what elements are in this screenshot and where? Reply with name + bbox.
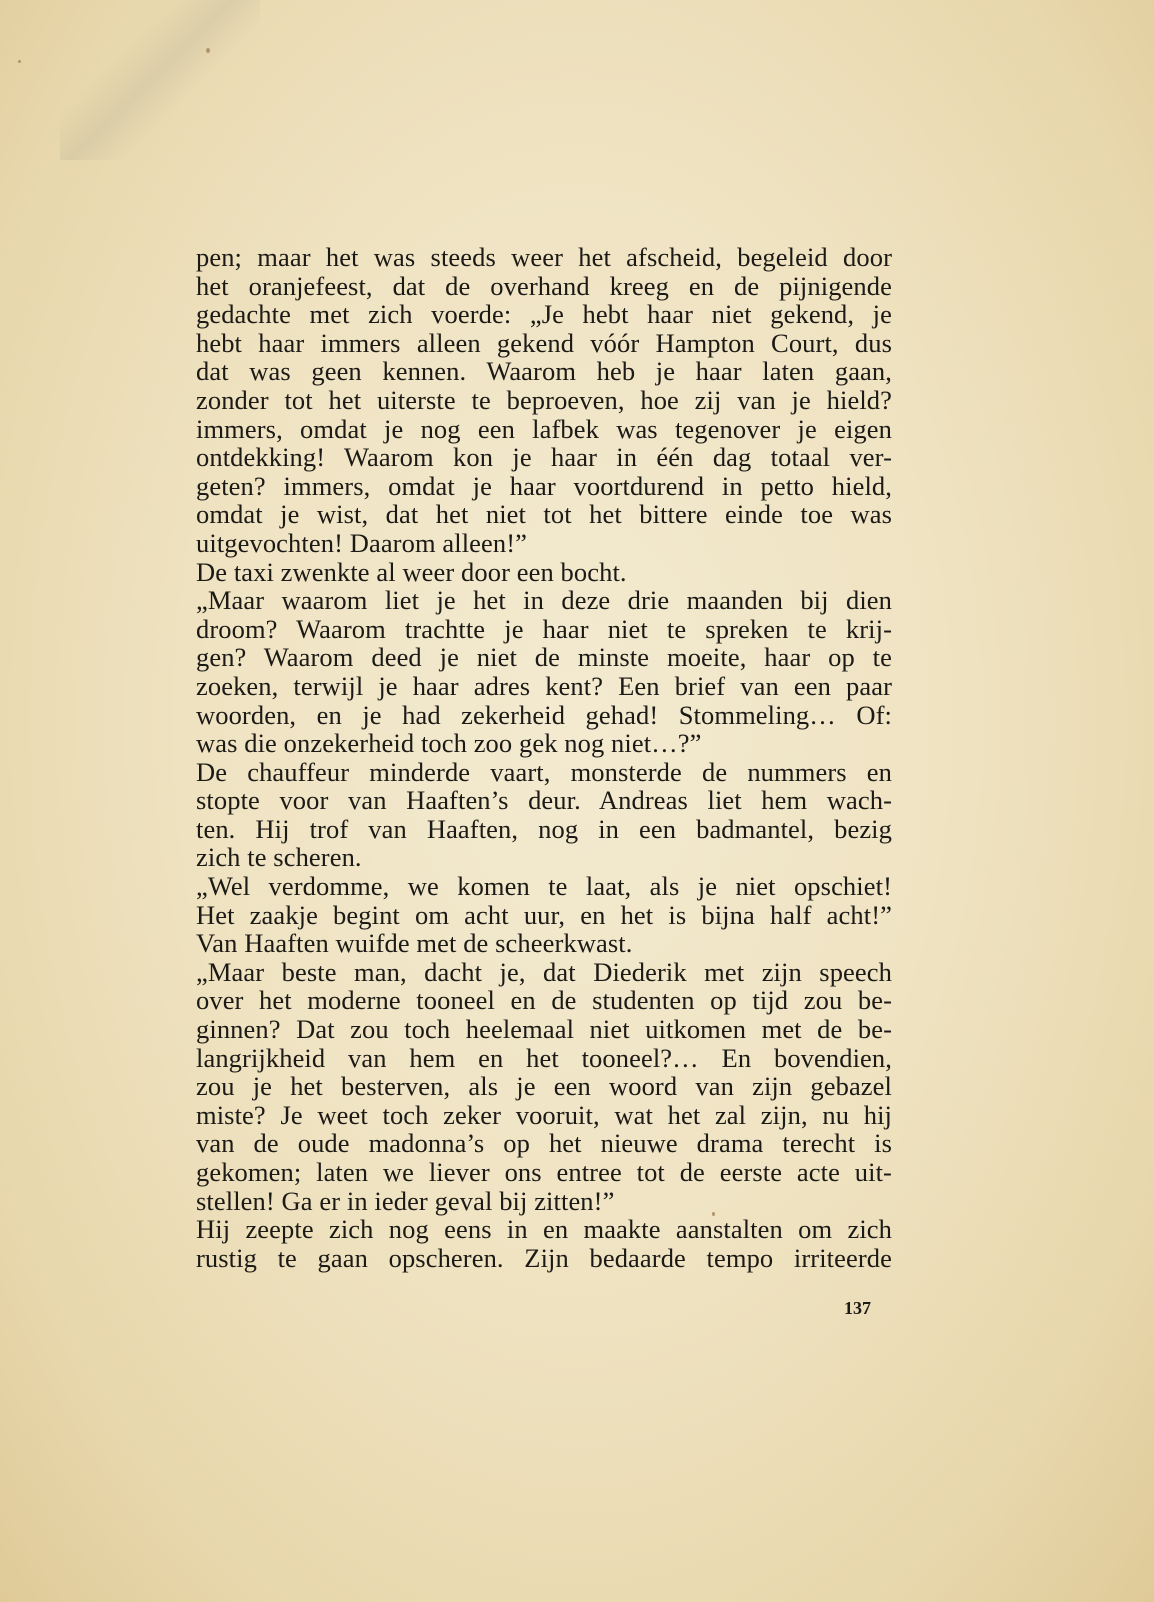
text-line: pen; maar het was steeds weer het afsche… xyxy=(196,243,892,272)
text-line: was die onzekerheid toch zoo gek nog nie… xyxy=(196,729,892,758)
text-line: ginnen? Dat zou toch heelemaal niet uitk… xyxy=(196,1015,892,1044)
text-line: dat was geen kennen. Waarom heb je haar … xyxy=(196,357,892,386)
text-line: ontdekking! Waarom kon je haar in één da… xyxy=(196,443,892,472)
text-line: zich te scheren. xyxy=(196,843,892,872)
paper-speck xyxy=(18,60,21,63)
text-line: zou je het besterven, als je een woord v… xyxy=(196,1072,892,1101)
text-line: gedachte met zich voerde: „Je hebt haar … xyxy=(196,300,892,329)
text-line: De taxi zwenkte al weer door een bocht. xyxy=(196,558,892,587)
text-line: uitgevochten! Daarom alleen!” xyxy=(196,529,892,558)
text-line: droom? Waarom trachtte je haar niet te s… xyxy=(196,615,892,644)
text-line: over het moderne tooneel en de studenten… xyxy=(196,986,892,1015)
text-line: hebt haar immers alleen gekend vóór Hamp… xyxy=(196,329,892,358)
text-line: Hij zeepte zich nog eens in en maakte aa… xyxy=(196,1215,892,1244)
paper-stain xyxy=(60,0,260,160)
text-line: stopte voor van Haaften’s deur. Andreas … xyxy=(196,786,892,815)
text-line: woorden, en je had zekerheid gehad! Stom… xyxy=(196,701,892,730)
text-line: geten? immers, omdat je haar voortdurend… xyxy=(196,472,892,501)
text-line: langrijkheid van hem en het tooneel?… En… xyxy=(196,1044,892,1073)
text-line: Het zaakje begint om acht uur, en het is… xyxy=(196,901,892,930)
text-line: gekomen; laten we liever ons entree tot … xyxy=(196,1158,892,1187)
text-line: zoeken, terwijl je haar adres kent? Een … xyxy=(196,672,892,701)
paper-speck xyxy=(206,48,210,53)
text-line: De chauffeur minderde vaart, monsterde d… xyxy=(196,758,892,787)
text-line: immers, omdat je nog een lafbek was tege… xyxy=(196,415,892,444)
text-line: miste? Je weet toch zeker vooruit, wat h… xyxy=(196,1101,892,1130)
text-line: Van Haaften wuifde met de scheerkwast. xyxy=(196,929,892,958)
page-number: 137 xyxy=(844,1298,871,1319)
text-line: rustig te gaan opscheren. Zijn bedaarde … xyxy=(196,1244,892,1273)
text-line: stellen! Ga er in ieder geval bij zitten… xyxy=(196,1187,892,1216)
text-line: omdat je wist, dat het niet tot het bitt… xyxy=(196,500,892,529)
text-line: het oranjefeest, dat de overhand kreeg e… xyxy=(196,272,892,301)
text-line: „Maar waarom liet je het in deze drie ma… xyxy=(196,586,892,615)
text-line: „Wel verdomme, we komen te laat, als je … xyxy=(196,872,892,901)
text-line: ten. Hij trof van Haaften, nog in een ba… xyxy=(196,815,892,844)
text-line: van de oude madonna’s op het nieuwe dram… xyxy=(196,1129,892,1158)
text-line: zonder tot het uiterste te beproeven, ho… xyxy=(196,386,892,415)
page-body-text: pen; maar het was steeds weer het afsche… xyxy=(196,243,892,1272)
text-line: „Maar beste man, dacht je, dat Diederik … xyxy=(196,958,892,987)
text-line: gen? Waarom deed je niet de minste moeit… xyxy=(196,643,892,672)
